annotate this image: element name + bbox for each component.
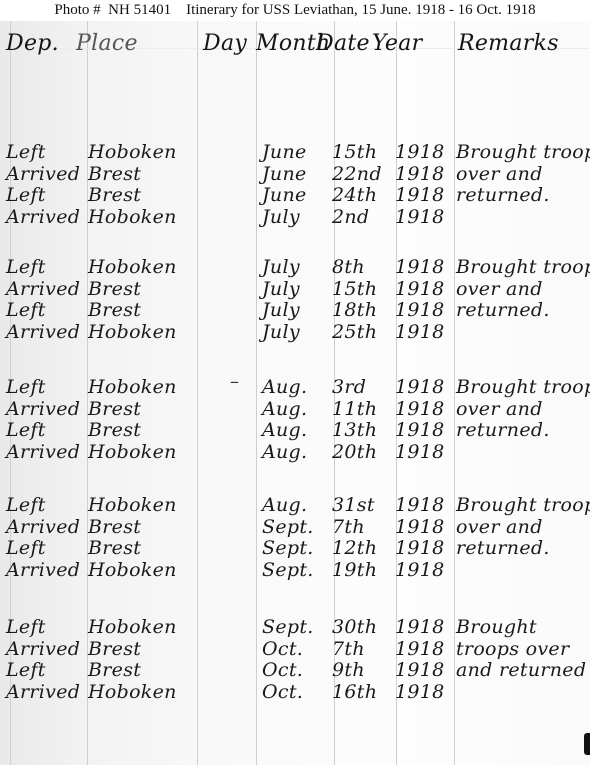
entry-dep: Left bbox=[6, 299, 46, 321]
entry-month: July bbox=[262, 256, 300, 278]
entry-year: 1918 bbox=[395, 163, 445, 185]
entry-place: Brest bbox=[88, 278, 141, 300]
entry-place: Hoboken bbox=[88, 376, 177, 398]
entry-year: 1918 bbox=[395, 206, 445, 228]
ledger-page: Dep. Place Day Month Date Year Remarks L… bbox=[0, 21, 590, 765]
entry-place: Hoboken bbox=[88, 559, 177, 581]
entry-year: 1918 bbox=[395, 441, 445, 463]
entry-date: 12th bbox=[332, 537, 377, 559]
entry-date: 8th bbox=[332, 256, 365, 278]
entry-month: Sept. bbox=[262, 516, 314, 538]
header-day: Day bbox=[203, 33, 247, 55]
header-date: Date bbox=[316, 33, 370, 55]
entry-date: 2nd bbox=[332, 206, 369, 228]
entry-place: Brest bbox=[88, 659, 141, 681]
entry-month: Aug. bbox=[262, 441, 307, 463]
entry-remarks: Brought troops bbox=[456, 494, 590, 516]
entry-place: Brest bbox=[88, 398, 141, 420]
entry-date: 25th bbox=[332, 321, 377, 343]
entry-date: 22nd bbox=[332, 163, 382, 185]
entry-month: July bbox=[262, 206, 300, 228]
entry-year: 1918 bbox=[395, 537, 445, 559]
entry-place: Hoboken bbox=[88, 141, 177, 163]
entry-place: Brest bbox=[88, 537, 141, 559]
entry-dep: Arrived bbox=[6, 681, 80, 703]
entry-month: Aug. bbox=[262, 398, 307, 420]
entry-remarks: Brought troops bbox=[456, 376, 590, 398]
entry-remarks: Brought troops bbox=[456, 256, 590, 278]
photo-caption: Photo # NH 51401 Itinerary for USS Levia… bbox=[0, 0, 590, 21]
entry-remarks: returned. bbox=[456, 299, 550, 321]
entry-dep: Arrived bbox=[6, 638, 80, 660]
entry-place: Brest bbox=[88, 163, 141, 185]
entry-date: 18th bbox=[332, 299, 377, 321]
entry-year: 1918 bbox=[395, 681, 445, 703]
entry-year: 1918 bbox=[395, 616, 445, 638]
page-edge-mark bbox=[584, 733, 590, 755]
entry-dep: Left bbox=[6, 494, 46, 516]
entry-month: June bbox=[262, 163, 307, 185]
entry-month: Oct. bbox=[262, 638, 303, 660]
entry-remarks: returned. bbox=[456, 537, 550, 559]
entry-date: 15th bbox=[332, 278, 377, 300]
entry-date: 9th bbox=[332, 659, 365, 681]
entry-date: 15th bbox=[332, 141, 377, 163]
entry-month: Aug. bbox=[262, 494, 307, 516]
entry-month: July bbox=[262, 278, 300, 300]
ink-mark: – bbox=[230, 371, 239, 392]
entry-remarks: over and bbox=[456, 163, 543, 185]
entry-month: Oct. bbox=[262, 681, 303, 703]
entry-dep: Left bbox=[6, 419, 46, 441]
entry-date: 24th bbox=[332, 184, 377, 206]
entry-remarks: troops over bbox=[456, 638, 569, 660]
header-year: Year bbox=[372, 33, 422, 55]
entry-remarks: Brought troops bbox=[456, 141, 590, 163]
entry-remarks: returned. bbox=[456, 184, 550, 206]
entry-year: 1918 bbox=[395, 559, 445, 581]
entry-place: Brest bbox=[88, 638, 141, 660]
entry-date: 20th bbox=[332, 441, 377, 463]
entry-place: Brest bbox=[88, 419, 141, 441]
entry-dep: Left bbox=[6, 141, 46, 163]
entry-year: 1918 bbox=[395, 278, 445, 300]
header-dep: Dep. bbox=[6, 33, 59, 55]
entry-remarks: and returned bbox=[456, 659, 586, 681]
entry-dep: Left bbox=[6, 616, 46, 638]
entry-dep: Left bbox=[6, 256, 46, 278]
column-rule bbox=[197, 21, 198, 765]
entry-month: July bbox=[262, 299, 300, 321]
entry-place: Brest bbox=[88, 516, 141, 538]
entry-year: 1918 bbox=[395, 141, 445, 163]
entry-remarks: returned. bbox=[456, 419, 550, 441]
entry-month: Sept. bbox=[262, 559, 314, 581]
entry-dep: Arrived bbox=[6, 398, 80, 420]
entry-dep: Arrived bbox=[6, 278, 80, 300]
entry-place: Hoboken bbox=[88, 494, 177, 516]
entry-dep: Arrived bbox=[6, 559, 80, 581]
entry-month: Oct. bbox=[262, 659, 303, 681]
entry-year: 1918 bbox=[395, 184, 445, 206]
entry-place: Hoboken bbox=[88, 441, 177, 463]
entry-year: 1918 bbox=[395, 659, 445, 681]
entry-dep: Left bbox=[6, 184, 46, 206]
entry-year: 1918 bbox=[395, 398, 445, 420]
entry-month: Sept. bbox=[262, 537, 314, 559]
entry-dep: Arrived bbox=[6, 321, 80, 343]
entry-place: Hoboken bbox=[88, 256, 177, 278]
entry-month: Aug. bbox=[262, 376, 307, 398]
entry-remarks: Brought bbox=[456, 616, 537, 638]
entry-year: 1918 bbox=[395, 299, 445, 321]
entry-month: June bbox=[262, 141, 307, 163]
entry-date: 19th bbox=[332, 559, 377, 581]
entry-remarks: over and bbox=[456, 398, 543, 420]
entry-date: 7th bbox=[332, 516, 365, 538]
entry-year: 1918 bbox=[395, 516, 445, 538]
entry-year: 1918 bbox=[395, 638, 445, 660]
entry-year: 1918 bbox=[395, 494, 445, 516]
entry-place: Hoboken bbox=[88, 681, 177, 703]
entry-date: 16th bbox=[332, 681, 377, 703]
header-remarks: Remarks bbox=[458, 33, 559, 55]
entry-month: Aug. bbox=[262, 419, 307, 441]
entry-dep: Left bbox=[6, 659, 46, 681]
entry-dep: Left bbox=[6, 376, 46, 398]
column-rule bbox=[256, 21, 257, 765]
entry-dep: Arrived bbox=[6, 441, 80, 463]
entry-dep: Arrived bbox=[6, 206, 80, 228]
entry-year: 1918 bbox=[395, 419, 445, 441]
entry-remarks: over and bbox=[456, 278, 543, 300]
entry-month: June bbox=[262, 184, 307, 206]
entry-month: Sept. bbox=[262, 616, 314, 638]
entry-place: Hoboken bbox=[88, 321, 177, 343]
entry-year: 1918 bbox=[395, 256, 445, 278]
entry-date: 30th bbox=[332, 616, 377, 638]
entry-remarks: over and bbox=[456, 516, 543, 538]
entry-place: Hoboken bbox=[88, 206, 177, 228]
entry-place: Brest bbox=[88, 184, 141, 206]
entry-year: 1918 bbox=[395, 376, 445, 398]
entry-place: Hoboken bbox=[88, 616, 177, 638]
entry-date: 11th bbox=[332, 398, 377, 420]
entry-dep: Arrived bbox=[6, 516, 80, 538]
entry-date: 7th bbox=[332, 638, 365, 660]
entry-date: 31st bbox=[332, 494, 375, 516]
entry-month: July bbox=[262, 321, 300, 343]
entry-dep: Left bbox=[6, 537, 46, 559]
entry-date: 13th bbox=[332, 419, 377, 441]
column-rule bbox=[454, 21, 455, 765]
header-place: Place bbox=[76, 33, 138, 55]
entry-date: 3rd bbox=[332, 376, 366, 398]
entry-place: Brest bbox=[88, 299, 141, 321]
entry-year: 1918 bbox=[395, 321, 445, 343]
entry-dep: Arrived bbox=[6, 163, 80, 185]
